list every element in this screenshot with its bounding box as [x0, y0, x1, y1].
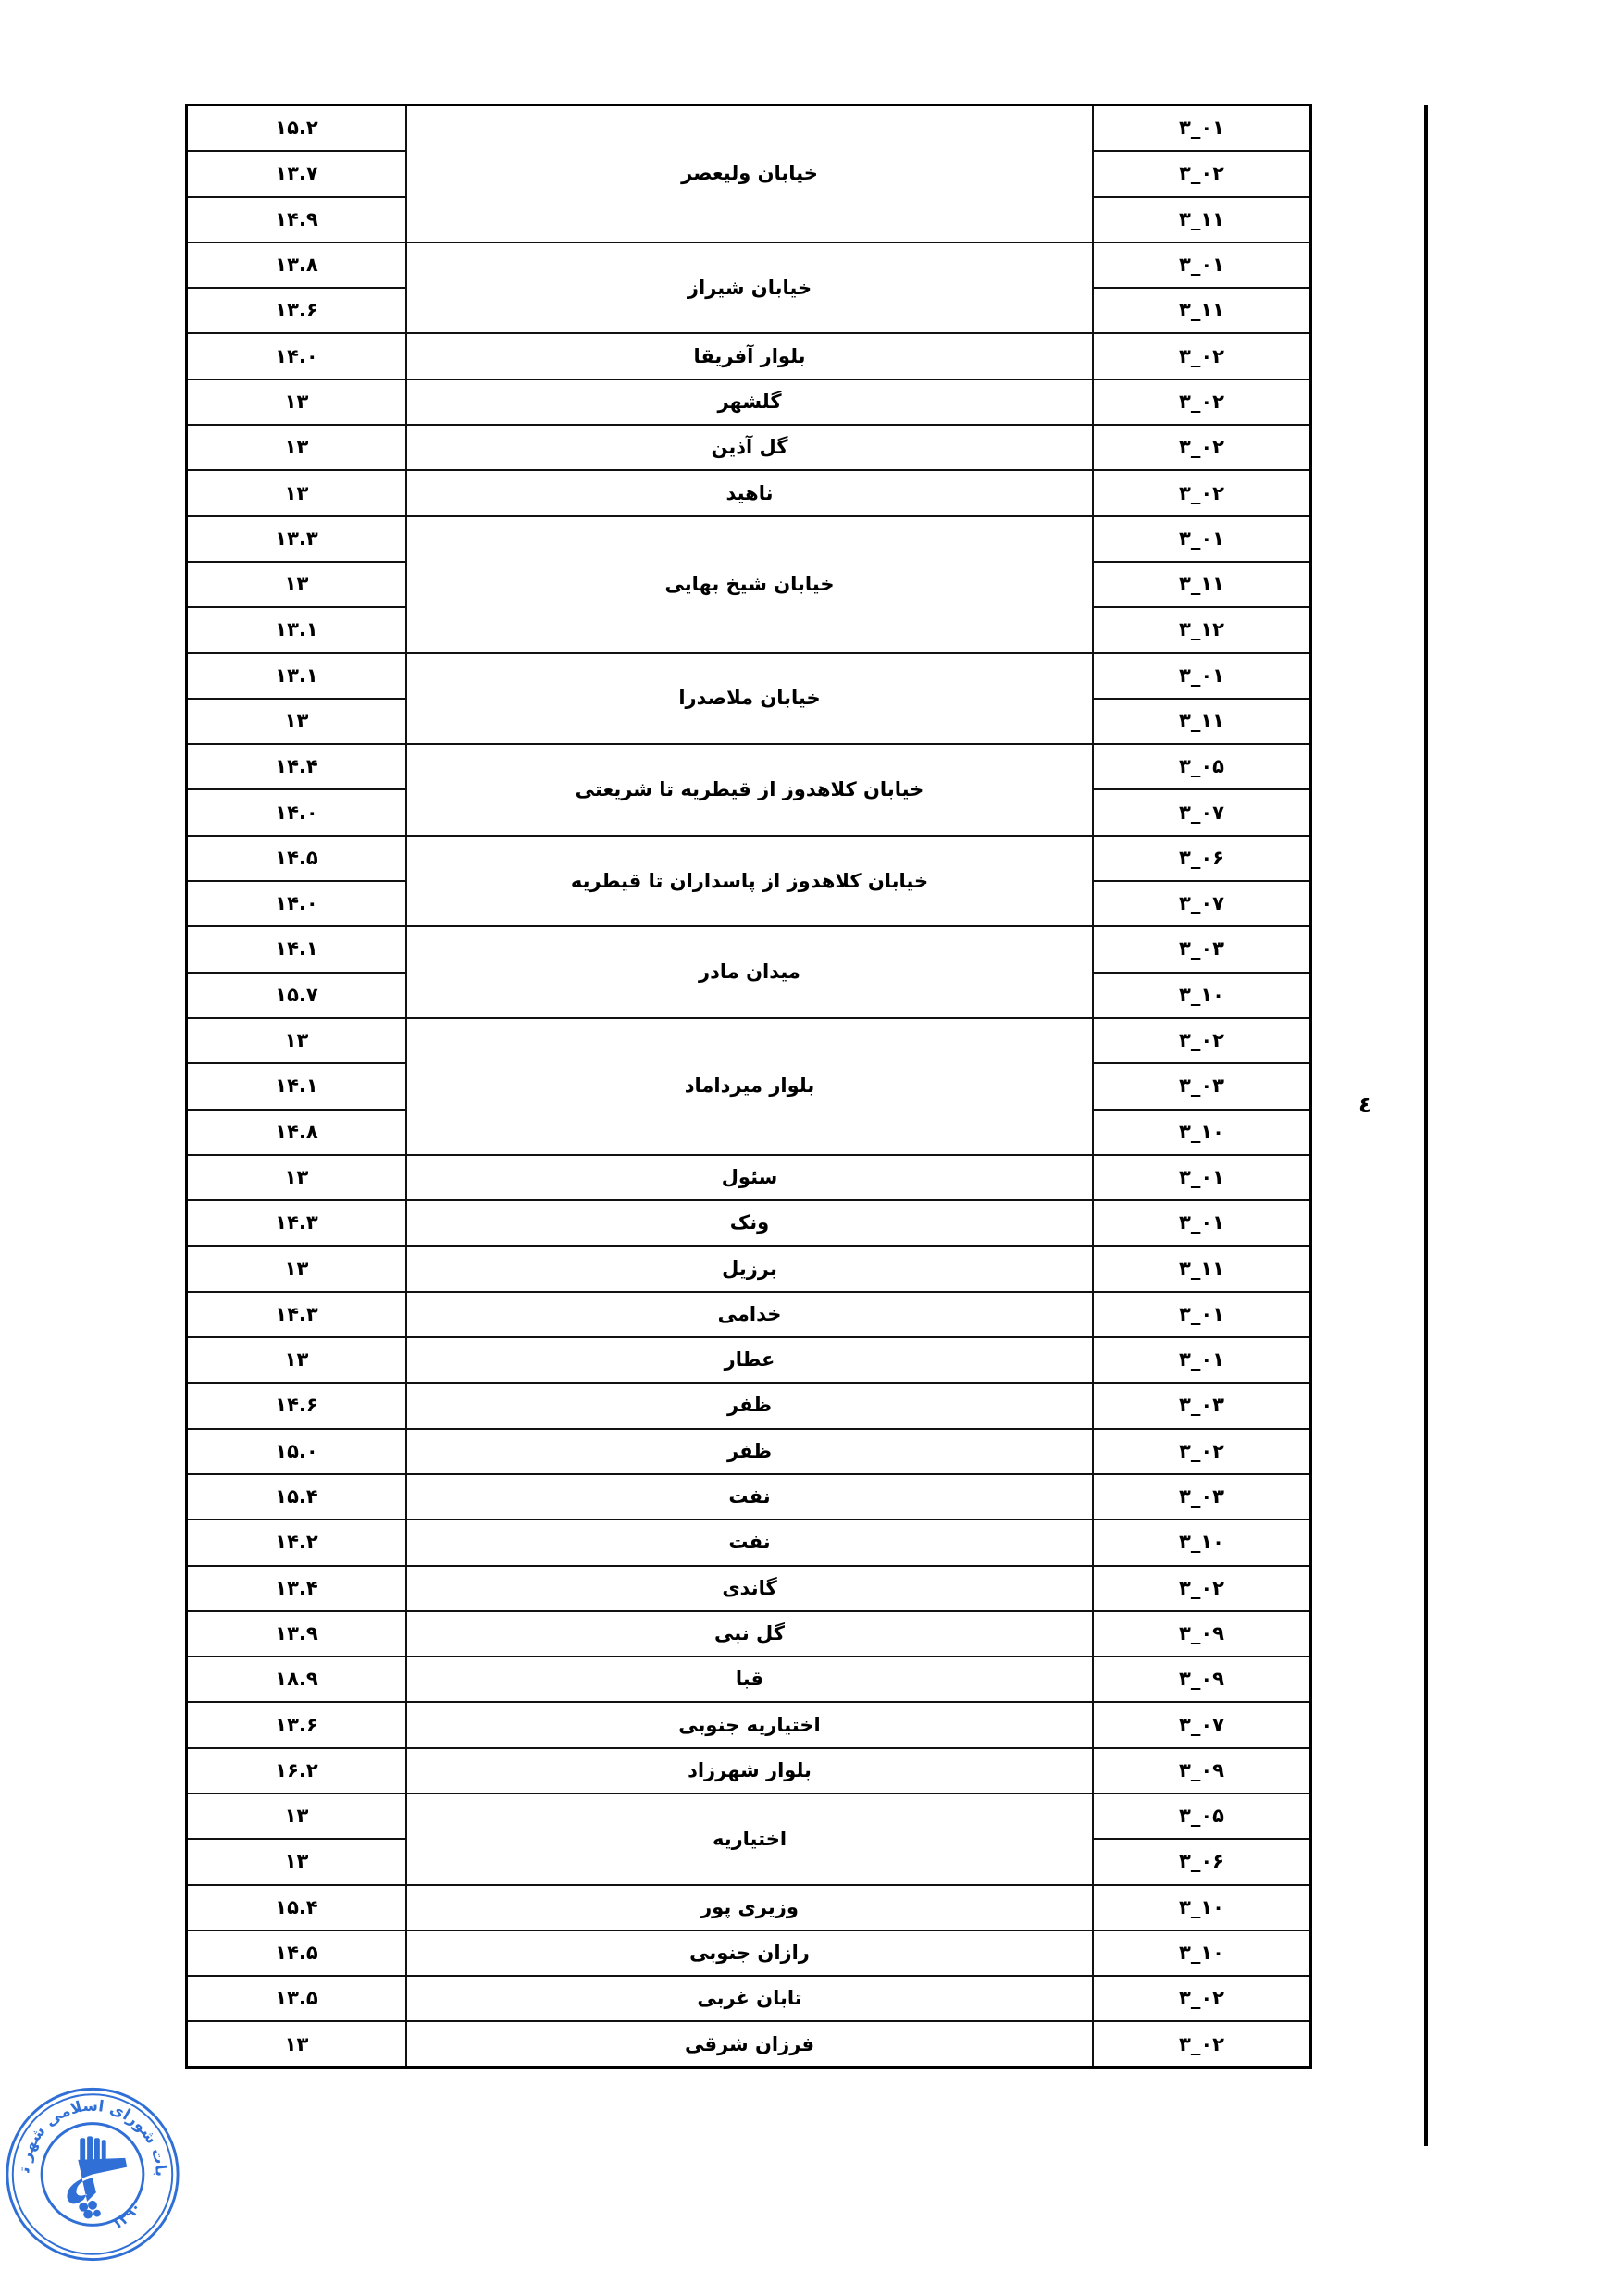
table-row: ۱۳بلوار میرداماد۳_۰۲ [187, 1018, 1311, 1063]
street-name-cell: بلوار میرداماد [406, 1018, 1093, 1155]
value-cell: ۱۳.۴ [187, 1566, 407, 1611]
value-cell: ۱۴.۵ [187, 836, 407, 881]
table-row: ۱۵.۴وزیری پور۳_۱۰ [187, 1885, 1311, 1930]
street-name-cell: خیابان شیراز [406, 242, 1093, 334]
value-cell: ۱۴.۳ [187, 1200, 407, 1246]
value-cell: ۱۴.۳ [187, 1292, 407, 1337]
code-cell: ۳_۰۱ [1093, 1155, 1311, 1200]
street-name-cell: وزیری پور [406, 1885, 1093, 1930]
street-name-cell: قبا [406, 1657, 1093, 1702]
code-cell: ۳_۰۳ [1093, 926, 1311, 972]
table-row: ۱۳گلشهر۳_۰۲ [187, 379, 1311, 425]
value-cell: ۱۳ [187, 699, 407, 744]
code-cell: ۳_۰۳ [1093, 1474, 1311, 1520]
table-row: ۱۳سئول۳_۰۱ [187, 1155, 1311, 1200]
table-row: ۱۳.۸خیابان شیراز۳_۰۱ [187, 242, 1311, 288]
table-row: ۱۳برزیل۳_۱۱ [187, 1246, 1311, 1291]
table-row: ۱۳ناهید۳_۰۲ [187, 470, 1311, 515]
street-name-cell: فرزان شرقی [406, 2021, 1093, 2067]
street-name-cell: برزیل [406, 1246, 1093, 1291]
street-name-cell: ناهید [406, 470, 1093, 515]
code-cell: ۳_۰۱ [1093, 242, 1311, 288]
value-cell: ۱۳ [187, 562, 407, 607]
street-name-cell: گلشهر [406, 379, 1093, 425]
value-cell: ۱۳ [187, 1018, 407, 1063]
code-cell: ۳_۰۷ [1093, 881, 1311, 926]
value-cell: ۱۵.۷ [187, 973, 407, 1018]
code-cell: ۳_۱۰ [1093, 973, 1311, 1018]
svg-text:۱۳۹۰: ۱۳۹۰ [109, 2199, 145, 2233]
code-cell: ۳_۰۲ [1093, 1018, 1311, 1063]
table-row: ۱۴.۲نفت۳_۱۰ [187, 1520, 1311, 1565]
street-values-table: ۱۵.۲خیابان ولیعصر۳_۰۱۱۳.۷۳_۰۲۱۴.۹۳_۱۱۱۳.… [185, 104, 1312, 2069]
table-row: ۱۳.۹گل نبی۳_۰۹ [187, 1611, 1311, 1657]
code-cell: ۳_۰۱ [1093, 653, 1311, 699]
code-cell: ۳_۰۹ [1093, 1657, 1311, 1702]
value-cell: ۱۴.۰ [187, 881, 407, 926]
value-cell: ۱۴.۲ [187, 1520, 407, 1565]
code-cell: ۳_۰۷ [1093, 1702, 1311, 1747]
value-cell: ۱۳.۸ [187, 242, 407, 288]
code-cell: ۳_۰۱ [1093, 1200, 1311, 1246]
table-row: ۱۴.۱میدان مادر۳_۰۳ [187, 926, 1311, 972]
code-cell: ۳_۰۳ [1093, 1063, 1311, 1109]
value-cell: ۱۴.۹ [187, 197, 407, 242]
code-cell: ۳_۰۱ [1093, 516, 1311, 562]
code-cell: ۳_۰۲ [1093, 2021, 1311, 2067]
value-cell: ۱۳.۶ [187, 1702, 407, 1747]
table-row: ۱۴.۳ونک۳_۰۱ [187, 1200, 1311, 1246]
table-row: ۱۴.۶ظفر۳_۰۳ [187, 1383, 1311, 1428]
code-cell: ۳_۱۰ [1093, 1520, 1311, 1565]
value-cell: ۱۵.۴ [187, 1474, 407, 1520]
value-cell: ۱۳ [187, 2021, 407, 2067]
code-cell: ۳_۰۶ [1093, 836, 1311, 881]
street-name-cell: رازان جنوبی [406, 1930, 1093, 1976]
table-row: ۱۳.۴گاندی۳_۰۲ [187, 1566, 1311, 1611]
table-row: ۱۶.۲بلوار شهرزاد۳_۰۹ [187, 1748, 1311, 1793]
street-name-cell: بلوار آفریقا [406, 333, 1093, 379]
value-cell: ۱۴.۶ [187, 1383, 407, 1428]
code-cell: ۳_۱۱ [1093, 1246, 1311, 1291]
code-cell: ۳_۰۱ [1093, 1292, 1311, 1337]
code-cell: ۳_۰۳ [1093, 1383, 1311, 1428]
value-cell: ۱۴.۱ [187, 926, 407, 972]
table-row: ۱۴.۵رازان جنوبی۳_۱۰ [187, 1930, 1311, 1976]
council-stamp: مصوبات شورای اسلامی شهر تهران ۱۳۹۰ [2, 2079, 183, 2269]
street-name-cell: نفت [406, 1474, 1093, 1520]
value-cell: ۱۴.۸ [187, 1110, 407, 1155]
table-row: ۱۳.۱خیابان ملاصدرا۳_۰۱ [187, 653, 1311, 699]
street-name-cell: گل نبی [406, 1611, 1093, 1657]
value-cell: ۱۳ [187, 1337, 407, 1383]
page-number: ٤ [1358, 1092, 1372, 1118]
code-cell: ۳_۰۲ [1093, 1566, 1311, 1611]
value-cell: ۱۳.۷ [187, 151, 407, 196]
value-cell: ۱۵.۲ [187, 105, 407, 152]
table-row: ۱۳.۵تابان غربی۳_۰۲ [187, 1976, 1311, 2021]
table-body: ۱۵.۲خیابان ولیعصر۳_۰۱۱۳.۷۳_۰۲۱۴.۹۳_۱۱۱۳.… [187, 105, 1311, 2068]
code-cell: ۳_۰۲ [1093, 379, 1311, 425]
street-name-cell: گل آذین [406, 425, 1093, 470]
table-row: ۱۴.۵خیابان کلاهدوز از پاسداران تا قیطریه… [187, 836, 1311, 881]
table-row: ۱۴.۳خدامی۳_۰۱ [187, 1292, 1311, 1337]
code-cell: ۳_۰۲ [1093, 425, 1311, 470]
street-name-cell: میدان مادر [406, 926, 1093, 1018]
right-margin-rule [1424, 105, 1428, 2146]
street-name-cell: خیابان ملاصدرا [406, 653, 1093, 745]
value-cell: ۱۴.۰ [187, 789, 407, 835]
code-cell: ۳_۰۵ [1093, 744, 1311, 789]
code-cell: ۳_۰۲ [1093, 1976, 1311, 2021]
code-cell: ۳_۱۰ [1093, 1110, 1311, 1155]
street-name-cell: ونک [406, 1200, 1093, 1246]
value-cell: ۱۴.۱ [187, 1063, 407, 1109]
street-name-cell: نفت [406, 1520, 1093, 1565]
code-cell: ۳_۰۱ [1093, 1337, 1311, 1383]
code-cell: ۳_۱۱ [1093, 288, 1311, 333]
code-cell: ۳_۱۱ [1093, 197, 1311, 242]
value-cell: ۱۵.۰ [187, 1429, 407, 1474]
code-cell: ۳_۱۰ [1093, 1930, 1311, 1976]
table-row: ۱۳فرزان شرقی۳_۰۲ [187, 2021, 1311, 2067]
value-cell: ۱۳.۹ [187, 1611, 407, 1657]
street-name-cell: اختیاریه جنوبی [406, 1702, 1093, 1747]
code-cell: ۳_۰۲ [1093, 1429, 1311, 1474]
value-cell: ۱۳.۵ [187, 1976, 407, 2021]
street-name-cell: خیابان کلاهدوز از قیطریه تا شریعتی [406, 744, 1093, 836]
street-name-cell: خیابان شیخ بهایی [406, 516, 1093, 653]
value-cell: ۱۳.۳ [187, 516, 407, 562]
street-name-cell: خیابان ولیعصر [406, 105, 1093, 242]
value-cell: ۱۸.۹ [187, 1657, 407, 1702]
document-page: ۱۵.۲خیابان ولیعصر۳_۰۱۱۳.۷۳_۰۲۱۴.۹۳_۱۱۱۳.… [0, 0, 1624, 2296]
value-cell: ۱۴.۴ [187, 744, 407, 789]
table-row: ۱۴.۴خیابان کلاهدوز از قیطریه تا شریعتی۳_… [187, 744, 1311, 789]
code-cell: ۳_۰۵ [1093, 1793, 1311, 1839]
code-cell: ۳_۱۱ [1093, 699, 1311, 744]
code-cell: ۳_۰۱ [1093, 105, 1311, 152]
code-cell: ۳_۱۱ [1093, 562, 1311, 607]
value-cell: ۱۳.۱ [187, 607, 407, 652]
street-name-cell: سئول [406, 1155, 1093, 1200]
code-cell: ۳_۰۲ [1093, 333, 1311, 379]
value-cell: ۱۳ [187, 1155, 407, 1200]
table-row: ۱۵.۰ظفر۳_۰۲ [187, 1429, 1311, 1474]
code-cell: ۳_۰۲ [1093, 470, 1311, 515]
value-cell: ۱۳ [187, 1793, 407, 1839]
value-cell: ۱۳ [187, 1839, 407, 1884]
value-cell: ۱۳.۶ [187, 288, 407, 333]
table-row: ۱۳اختیاریه۳_۰۵ [187, 1793, 1311, 1839]
table-row: ۱۵.۴نفت۳_۰۳ [187, 1474, 1311, 1520]
street-name-cell: بلوار شهرزاد [406, 1748, 1093, 1793]
table-row: ۱۴.۰بلوار آفریقا۳_۰۲ [187, 333, 1311, 379]
street-name-cell: ظفر [406, 1429, 1093, 1474]
code-cell: ۳_۰۲ [1093, 151, 1311, 196]
street-name-cell: عطار [406, 1337, 1093, 1383]
value-cell: ۱۴.۵ [187, 1930, 407, 1976]
table-row: ۱۳گل آذین۳_۰۲ [187, 425, 1311, 470]
value-cell: ۱۳.۱ [187, 653, 407, 699]
table-row: ۱۵.۲خیابان ولیعصر۳_۰۱ [187, 105, 1311, 152]
table-row: ۱۳.۳خیابان شیخ بهایی۳_۰۱ [187, 516, 1311, 562]
value-cell: ۱۳ [187, 425, 407, 470]
stamp-seal-icon: مصوبات شورای اسلامی شهر تهران ۱۳۹۰ [2, 2079, 183, 2269]
value-cell: ۱۳ [187, 1246, 407, 1291]
stamp-year: ۱۳۹۰ [109, 2199, 145, 2233]
value-cell: ۱۵.۴ [187, 1885, 407, 1930]
code-cell: ۳_۰۹ [1093, 1748, 1311, 1793]
code-cell: ۳_۱۲ [1093, 607, 1311, 652]
value-cell: ۱۶.۲ [187, 1748, 407, 1793]
code-cell: ۳_۰۹ [1093, 1611, 1311, 1657]
value-cell: ۱۳ [187, 379, 407, 425]
value-cell: ۱۳ [187, 470, 407, 515]
street-name-cell: خدامی [406, 1292, 1093, 1337]
street-name-cell: تابان غربی [406, 1976, 1093, 2021]
table-row: ۱۳.۶اختیاریه جنوبی۳_۰۷ [187, 1702, 1311, 1747]
street-name-cell: خیابان کلاهدوز از پاسداران تا قیطریه [406, 836, 1093, 927]
table-row: ۱۸.۹قبا۳_۰۹ [187, 1657, 1311, 1702]
code-cell: ۳_۱۰ [1093, 1885, 1311, 1930]
code-cell: ۳_۰۷ [1093, 789, 1311, 835]
street-name-cell: اختیاریه [406, 1793, 1093, 1885]
code-cell: ۳_۰۶ [1093, 1839, 1311, 1884]
value-cell: ۱۴.۰ [187, 333, 407, 379]
street-name-cell: ظفر [406, 1383, 1093, 1428]
table-row: ۱۳عطار۳_۰۱ [187, 1337, 1311, 1383]
street-name-cell: گاندی [406, 1566, 1093, 1611]
